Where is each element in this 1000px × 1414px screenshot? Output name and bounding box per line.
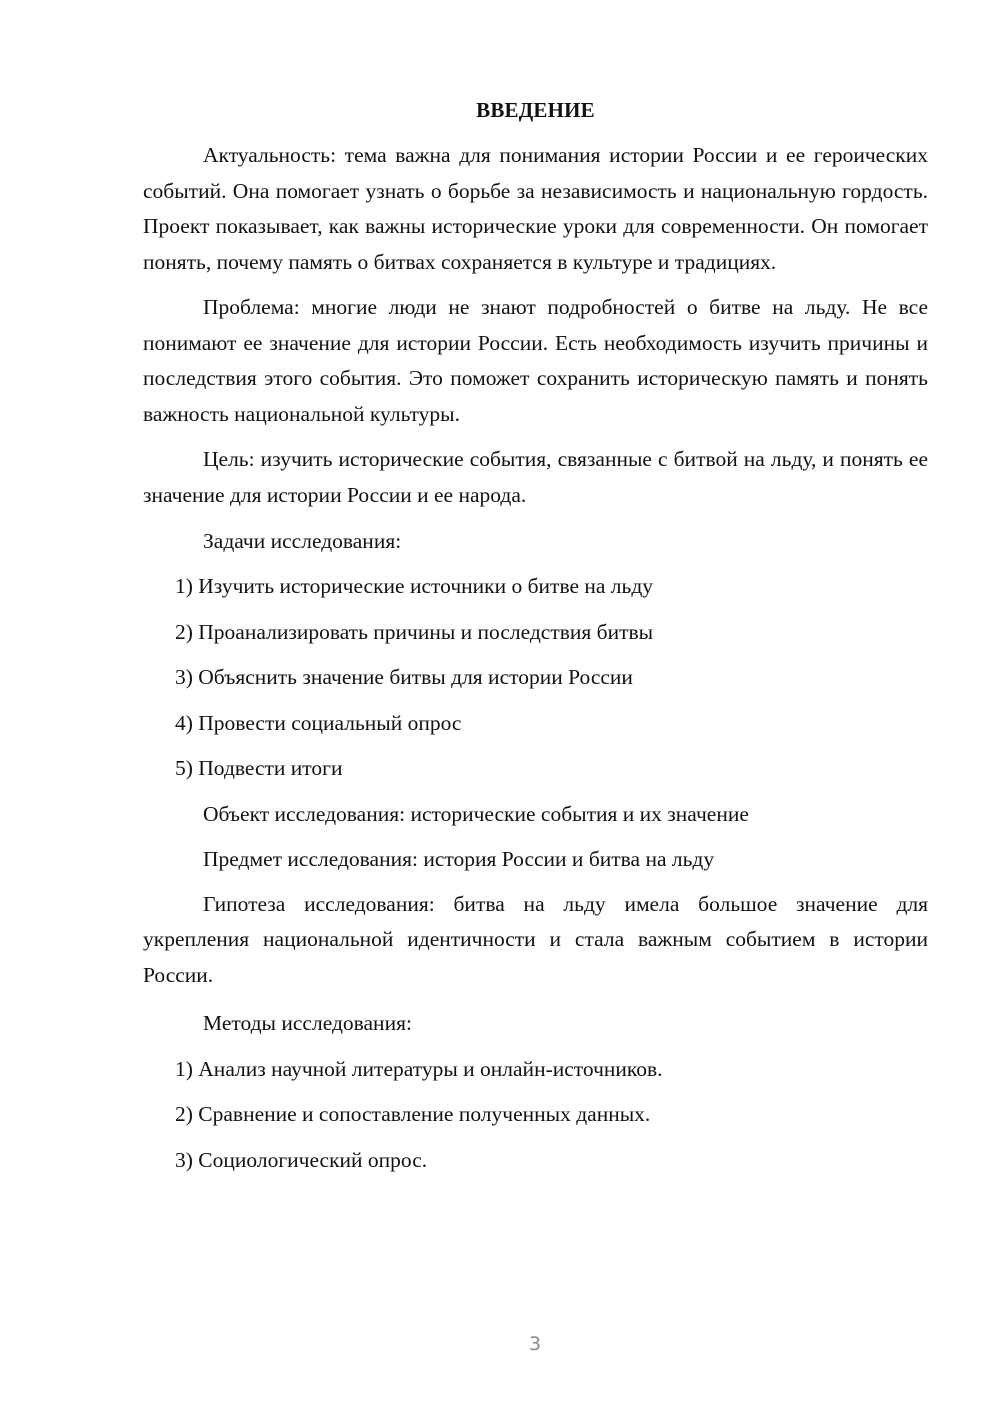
list-item: 4) Провести социальный опрос xyxy=(143,705,928,741)
section-title: ВВЕДЕНИЕ xyxy=(143,92,928,128)
page-number: 3 xyxy=(0,1333,1000,1355)
list-item: 2) Проанализировать причины и последстви… xyxy=(143,614,928,650)
tasks-heading: Задачи исследования: xyxy=(143,523,928,559)
list-item: 2) Сравнение и сопоставление полученных … xyxy=(143,1096,928,1132)
list-item: 1) Изучить исторические источники о битв… xyxy=(143,568,928,604)
hypothesis-paragraph: Гипотеза исследования: битва на льду име… xyxy=(143,887,928,994)
list-item: 5) Подвести итоги xyxy=(143,750,928,786)
subject-line: Предмет исследования: история России и б… xyxy=(143,841,928,877)
document-page: ВВЕДЕНИЕ Актуальность: тема важна для по… xyxy=(143,92,928,1178)
list-item: 3) Социологический опрос. xyxy=(143,1142,928,1178)
object-line: Объект исследования: исторические событи… xyxy=(143,796,928,832)
problem-paragraph: Проблема: многие люди не знают подробнос… xyxy=(143,290,928,432)
tasks-list: 1) Изучить исторические источники о битв… xyxy=(143,568,928,786)
methods-list: 1) Анализ научной литературы и онлайн-ис… xyxy=(143,1051,928,1178)
list-item: 1) Анализ научной литературы и онлайн-ис… xyxy=(143,1051,928,1087)
goal-paragraph: Цель: изучить исторические события, связ… xyxy=(143,442,928,513)
list-item: 3) Объяснить значение битвы для истории … xyxy=(143,659,928,695)
relevance-paragraph: Актуальность: тема важна для понимания и… xyxy=(143,138,928,280)
methods-heading: Методы исследования: xyxy=(143,1005,928,1041)
